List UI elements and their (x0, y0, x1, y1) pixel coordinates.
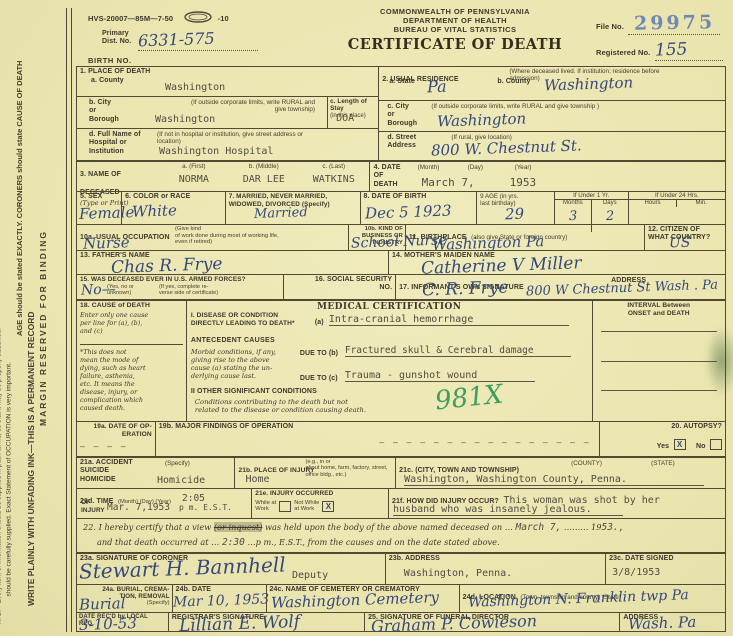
months-value: 3 (568, 209, 577, 224)
months-label: Months (555, 200, 591, 207)
burial-specify-note: (Specify) (147, 600, 170, 607)
row-place-residence: 1. PLACE OF DEATH a. County Washington b… (77, 67, 725, 160)
injury-city-value: Washington, Washington County, Penna. (404, 474, 704, 486)
certificate-form: 1. PLACE OF DEATH a. County Washington b… (76, 66, 726, 632)
findings-value: — — — — — — — — — — — — — — — — (379, 438, 590, 447)
row-medical-certification: 18. CAUSE of DEATH Enter only one cause … (77, 299, 725, 421)
margin-note-nb: N. B.—Every item of information should b… (0, 328, 3, 624)
interval-label: INTERVAL Between ONSET and DEATH (596, 302, 722, 318)
not-while-at-work-checkbox: X (322, 501, 334, 512)
res-city-value: Washington (437, 109, 527, 130)
certify-year-value: 53., (601, 522, 624, 533)
place-of-injury-label: 21b. PLACE OF INJURY (238, 467, 314, 474)
interval-blank-b (601, 361, 717, 362)
res-county-label: b. County (497, 78, 530, 86)
ssn-label: 16. SOCIAL SECURITY NO. (287, 276, 392, 293)
state-seal-icon (184, 11, 218, 23)
agency-line-3: BUREAU OF VITAL STATISTICS (330, 26, 580, 35)
section-birthplace: 11. BIRTHPLACE (also give State or forei… (405, 225, 644, 250)
date-of-death-label: 4. DATE OF DEATH (374, 164, 401, 189)
death-time-value: 2:30 (222, 537, 245, 548)
cause-of-death-label: 18. CAUSE of DEATH (80, 302, 183, 310)
section-injury-city: 21c. (CITY, TOWN AND TOWNSHIP) (COUNTY) … (395, 458, 725, 488)
hospital-value: Washington Hospital (159, 146, 273, 157)
street-value: 800 W. Chestnut St. (431, 136, 582, 159)
row-informant: 15. WAS DECEASED EVER IN U.S. ARMED FORC… (77, 274, 725, 299)
certify-dots: ……… (564, 522, 589, 532)
row-injury-type-place: 21a. ACCIDENT SUICIDE HOMICIDE (Specify)… (77, 456, 725, 488)
age-value: 29 (505, 205, 525, 224)
under-24hr-label: If Under 24 Hrs. (629, 192, 725, 200)
autopsy-label: 20. AUTOPSY? (603, 423, 722, 431)
primary-dist-label: Primary Dist. No. (102, 30, 131, 47)
section-place-of-death: 1. PLACE OF DEATH a. County Washington b… (77, 67, 378, 160)
form-number: HVS-20007—85M—7-50 (88, 14, 173, 23)
section-autopsy: 20. AUTOPSY? Yes X No (599, 422, 725, 456)
injury-state-label: (STATE) (651, 460, 675, 467)
day-col-label: (Day) (468, 164, 483, 171)
place-of-injury-value: Home (245, 474, 269, 485)
section-coroner-signature: 23a. SIGNATURE OF CORONER Stewart H. Ban… (77, 554, 385, 584)
last-name-value: WATKINS (302, 174, 366, 185)
month-col-label: (Month) (418, 164, 440, 171)
binding-rule (66, 8, 72, 632)
middle-name-value: DAR LEE (226, 174, 302, 185)
sex-label: 5. SEX (80, 193, 118, 201)
length-of-stay-value: DOA (336, 113, 354, 124)
section-cause-notes: 18. CAUSE of DEATH Enter only one cause … (77, 301, 186, 421)
section-funeral-director: 25. SIGNATURE OF FUNERAL DIRECTOR Graham… (364, 613, 619, 632)
cause-code-annotation: 981X (433, 380, 504, 417)
injury-ampm: p m. E.S.T. (179, 503, 232, 512)
row-parents: 13. FATHER'S NAME Chas R. Frye 14. MOTHE… (77, 250, 725, 274)
not-while-at-work-label: Not While at Work (294, 500, 319, 513)
antecedent-title: ANTECEDENT CAUSES (191, 337, 275, 345)
city-borough-label: b. City or Borough (89, 99, 119, 124)
cause-note-1: Enter only one cause per line for (a), (… (80, 311, 183, 335)
section-place-of-injury: 21b. PLACE OF INJURY (e.g., in or about … (234, 458, 395, 488)
section-ssn: 16. SOCIAL SECURITY NO. (283, 275, 395, 299)
year-col-label: (Year) (515, 164, 532, 171)
date-signed-value: 3/8/1953 (612, 567, 660, 578)
cause-b-prefix: DUE TO (b) (300, 350, 338, 358)
section-cemetery-location: 24d. LOCATION (Town, township and county… (459, 585, 725, 612)
while-at-work-checkbox (279, 501, 291, 512)
last-name-label: c. (Last) (302, 163, 366, 170)
certify-view-date: March 7, (516, 522, 562, 533)
place-of-injury-note: (e.g., in or about home, farm, factory, … (305, 459, 387, 478)
injury-city-label: 21c. (CITY, TOWN AND TOWNSHIP) (399, 467, 519, 474)
burial-value: Burial (79, 594, 126, 614)
first-name-value: NORMA (162, 174, 226, 185)
seal-suffix: -10 (218, 14, 229, 23)
section-medical-cert: MEDICAL CERTIFICATION I. DISEASE OR COND… (186, 301, 592, 421)
section-cemetery: 24c. NAME OF CEMETERY OR CREMATORY Washi… (266, 585, 459, 612)
section-date-received: DATE REC'D by LOCAL REG. 3-10-53 (77, 613, 168, 632)
date-of-death-value: March 7, (422, 176, 475, 189)
medical-cert-title: MEDICAL CERTIFICATION (190, 302, 589, 312)
location-value: Washington N. Franklin twp Pa (467, 587, 688, 611)
county-value: Washington (165, 82, 225, 93)
date-received-value: 3-10-53 (79, 614, 137, 634)
certificate-title: CERTIFICATE OF DEATH (330, 36, 580, 53)
section-date-operation: 19a. DATE OF OP- ERATION — — — — (77, 422, 155, 456)
section-usual-residence: 2. USUAL RESIDENCE (Where deceased lived… (378, 67, 725, 160)
how-injury-value-line2: husband who was insanely jealous. (393, 504, 623, 516)
interval-blank-a (601, 331, 717, 332)
section-funeral-director-address: ADDRESS Wash. Pa (619, 613, 725, 632)
row-registrar: DATE REC'D by LOCAL REG. 3-10-53 REGISTR… (77, 612, 725, 632)
section-citizen: 12. CITIZEN OF WHAT COUNTRY? US (644, 225, 725, 250)
cause-a-prefix: (a) (315, 319, 324, 327)
date-operation-label: 19a. DATE OF OP- ERATION (80, 423, 152, 439)
section-occupation: 10a. USUAL OCCUPATION (Give kind of work… (77, 225, 348, 250)
section-date-of-death: 4. DATE OF DEATH (Month) (Day) (Year) Ma… (369, 162, 725, 191)
antecedent-note: Morbid conditions, if any, giving rise t… (191, 348, 276, 380)
section-armed-forces: 15. WAS DECEASED EVER IN U.S. ARMED FORC… (77, 275, 283, 299)
certify-text-1: 22. I hereby certify that a view (83, 522, 211, 532)
under-1yr-label: If Under 1 Yr. (555, 192, 628, 200)
marital-value: Married (253, 205, 307, 222)
street-label: d. Street Address (387, 134, 416, 151)
middle-name-label: b. (Middle) (226, 163, 302, 170)
section-how-injury-occurred: 21f. HOW DID INJURY OCCUR? This woman wa… (388, 489, 725, 518)
section-coroner-address: 23b. ADDRESS Washington, Penna. (385, 554, 605, 584)
res-city-label: c. City or Borough (387, 103, 417, 128)
registered-no-label: Registered No. (596, 48, 650, 57)
birth-no-label: BIRTH NO. (88, 57, 258, 66)
row-occupation: 10a. USUAL OCCUPATION (Give kind of work… (77, 224, 725, 250)
hospital-label: d. Full Name of Hospital or Institution (89, 131, 141, 156)
min-label: Min. (677, 200, 725, 207)
color-race-label: 6. COLOR or RACE (125, 193, 222, 201)
cause-a-value: Intra-cranial hemorrhage (329, 314, 569, 326)
margin-note-binding: MARGIN RESERVED FOR BINDING (38, 230, 48, 426)
registered-no-value: 155 (654, 39, 687, 60)
cause-b-value: Fractured skull & Cerebral damage (345, 345, 571, 357)
armed-forces-note2: (If yes, complete re- verse side of cert… (159, 284, 218, 297)
fd-address-value: Wash. Pa (628, 613, 697, 633)
section-findings-operation: 19b. MAJOR FINDINGS OF OPERATION — — — —… (155, 422, 599, 456)
autopsy-yes-label: Yes (657, 443, 669, 450)
coroner-address-value: Washington, Penna. (404, 568, 512, 579)
autopsy-no-checkbox (710, 439, 722, 450)
hours-label: Hours (629, 200, 678, 207)
homicide-value: Homicide (157, 475, 205, 486)
form-header-center: COMMONWEALTH OF PENNSYLVANIA DEPARTMENT … (330, 8, 580, 53)
informant-signature: C. R. Frye (422, 277, 509, 300)
section-marital-status: 7. MARRIED, NEVER MARRIED, WIDOWED, DIVO… (225, 192, 360, 224)
findings-label: 19b. MAJOR FINDINGS OF OPERATION (159, 423, 596, 431)
section-injury-occurred: 21e. INJURY OCCURRED While at Work Not W… (251, 489, 388, 518)
dob-value: Dec 5 1923 (364, 201, 451, 222)
form-header-right: File No. 29975 Registered No. 155 (596, 12, 728, 61)
injury-county-label: (COUNTY) (571, 460, 602, 467)
section-age: 9 AGE (in yrs. last birthday) 29 (476, 192, 554, 224)
county-label: a. County (91, 77, 124, 85)
section-mother: 14. MOTHER'S MAIDEN NAME Catherine V Mil… (388, 251, 725, 274)
informant-address-value: 800 W Chestnut St Wash . Pa (526, 278, 718, 300)
section-burial-type: 24a. BURIAL, CREMA- TION, REMOVAL (Speci… (77, 585, 172, 612)
section-informant: 17. INFORMANT'S OWN SIGNATURE ADDRESS C.… (395, 275, 725, 299)
row-sex-age: 5. SEX Female 6. COLOR or RACE White 7. … (77, 191, 725, 224)
section-registrar-signature: REGISTRAR'S SIGNATURE Lillian E. Wolf (168, 613, 364, 632)
margin-note-age-cause: AGE should be stated EXACTLY. CORONERS s… (15, 61, 24, 336)
coroner-address-label: 23b. ADDRESS (389, 555, 602, 563)
burial-date-value: Mar 10, 1953 (172, 591, 269, 610)
cause-c-prefix: DUE TO (c) (300, 375, 338, 383)
cause-c-value: Trauma - gunshot wound (345, 370, 535, 382)
injury-occurred-label: 21e. INJURY OCCURRED (255, 490, 385, 498)
section-sex: 5. SEX Female (77, 192, 121, 224)
file-no-label: File No. (596, 22, 624, 31)
dob-label: 8. DATE OF BIRTH (364, 193, 474, 201)
row-operation-autopsy: 19a. DATE OF OP- ERATION — — — — 19b. MA… (77, 421, 725, 456)
autopsy-no-label: No (696, 443, 706, 450)
certify-strike-inquest: (or inquest) (214, 522, 263, 532)
city-borough-value: Washington (155, 114, 215, 125)
place-of-death-title: 1. PLACE OF DEATH (80, 68, 375, 76)
citizen-value: US (669, 235, 691, 252)
state-value: Pa (427, 77, 447, 97)
accident-suicide-homicide-label: 21a. ACCIDENT SUICIDE HOMICIDE (80, 459, 231, 484)
row-injury-time-how: 21d. TIME (Month) (Day) (Year) OF INJURY… (77, 488, 725, 518)
days-value: 2 (605, 209, 614, 224)
interval-blank-c (601, 390, 717, 391)
first-name-label: a. (First) (162, 163, 226, 170)
autopsy-yes-checkbox: X (674, 439, 686, 450)
certify-text-2: and that death occurred at … (97, 537, 219, 547)
row-certify-statement: 22. I hereby certify that a view (or inq… (77, 518, 725, 552)
section-color-race: 6. COLOR or RACE White (121, 192, 225, 224)
registrar-signature: Lillian E. Wolf (178, 612, 300, 636)
days-label: Days (592, 200, 628, 207)
section-burial-date: 24b. DATE Mar 10, 1953 (172, 585, 266, 612)
file-no-stamp: 29975 (634, 11, 715, 34)
city-borough-note: (If outside corporate limits, write RURA… (135, 99, 315, 113)
death-certificate-page: { "margin": { "lines": [ "N. B.—Every it… (0, 0, 733, 636)
other-conditions-note: Conditions contributing to the death but… (195, 398, 366, 414)
row-burial: 24a. BURIAL, CREMA- TION, REMOVAL (Speci… (77, 584, 725, 612)
row-name-date: 3. NAME OF DECEASED (Type or Print) a. (… (77, 160, 725, 191)
specify-note: (Specify) (165, 460, 190, 467)
section-under-24hr: If Under 24 Hrs. Hours Min. (628, 192, 725, 224)
coroner-title: Deputy (292, 570, 328, 581)
certify-text-1b: was held upon the body of the above name… (265, 522, 513, 532)
section-father: 13. FATHER'S NAME Chas R. Frye (77, 251, 388, 274)
date-operation-value: — — — — (80, 442, 152, 451)
margin-note-occupation: should be carefully supplied. Exact Stat… (6, 362, 13, 596)
certify-year-prefix: 19 (591, 522, 601, 532)
while-at-work-label: While at Work (255, 500, 276, 513)
state-label: a. State (389, 78, 415, 86)
death-year-value: 1953 (510, 176, 537, 189)
color-race-value: White (132, 201, 177, 221)
section-industry: 10b. KIND OF BUSINESS OR INDUSTRY School… (348, 225, 405, 250)
section-interval: INTERVAL Between ONSET and DEATH (592, 301, 725, 421)
section-date-signed: 23c. DATE SIGNED 3/8/1953 (605, 554, 725, 584)
section-accident-suicide-homicide: 21a. ACCIDENT SUICIDE HOMICIDE (Specify)… (77, 458, 234, 488)
row-coroner: 23a. SIGNATURE OF CORONER Stewart H. Ban… (77, 552, 725, 584)
primary-dist-value: 6331-575 (137, 29, 214, 51)
section-date-of-birth: 8. DATE OF BIRTH Dec 5 1923 (360, 192, 477, 224)
disease-condition-label: I. DISEASE OR CONDITION DIRECTLY LEADING… (191, 312, 295, 328)
res-county-value: Washington (544, 73, 634, 94)
hospital-note: (If not in hospital or institution, give… (157, 131, 372, 145)
other-conditions-title: II OTHER SIGNIFICANT CONDITIONS (191, 388, 317, 396)
section-under-1yr: If Under 1 Yr. Months 3 Days 2 (554, 192, 628, 224)
section-time-of-injury: 21d. TIME (Month) (Day) (Year) OF INJURY… (77, 489, 251, 518)
length-of-stay-label: c. Length of Stay (330, 98, 376, 113)
date-signed-label: 23c. DATE SIGNED (609, 555, 722, 563)
section-certify-statement: 22. I hereby certify that a view (or inq… (77, 519, 725, 552)
of-injury-label: OF INJURY (81, 499, 105, 514)
armed-forces-value: No— (81, 281, 116, 298)
certify-text-2b: …p m., E.S.T., from the causes and on th… (247, 537, 499, 547)
margin-note-write-plainly: WRITE PLAINLY WITH UNFADING INK—THIS IS … (26, 311, 36, 606)
cause-note-2: *This does not mean the mode of dying, s… (80, 344, 183, 412)
form-header-left: HVS-20007—85M—7-50 -10 Primary Dist. No.… (88, 8, 258, 66)
occupation-note: (Give kind of work done during most of w… (175, 226, 279, 246)
time-of-injury-value: Mar. 7,1953 (107, 502, 170, 513)
section-name-of-deceased: 3. NAME OF DECEASED (Type or Print) a. (… (77, 162, 369, 191)
